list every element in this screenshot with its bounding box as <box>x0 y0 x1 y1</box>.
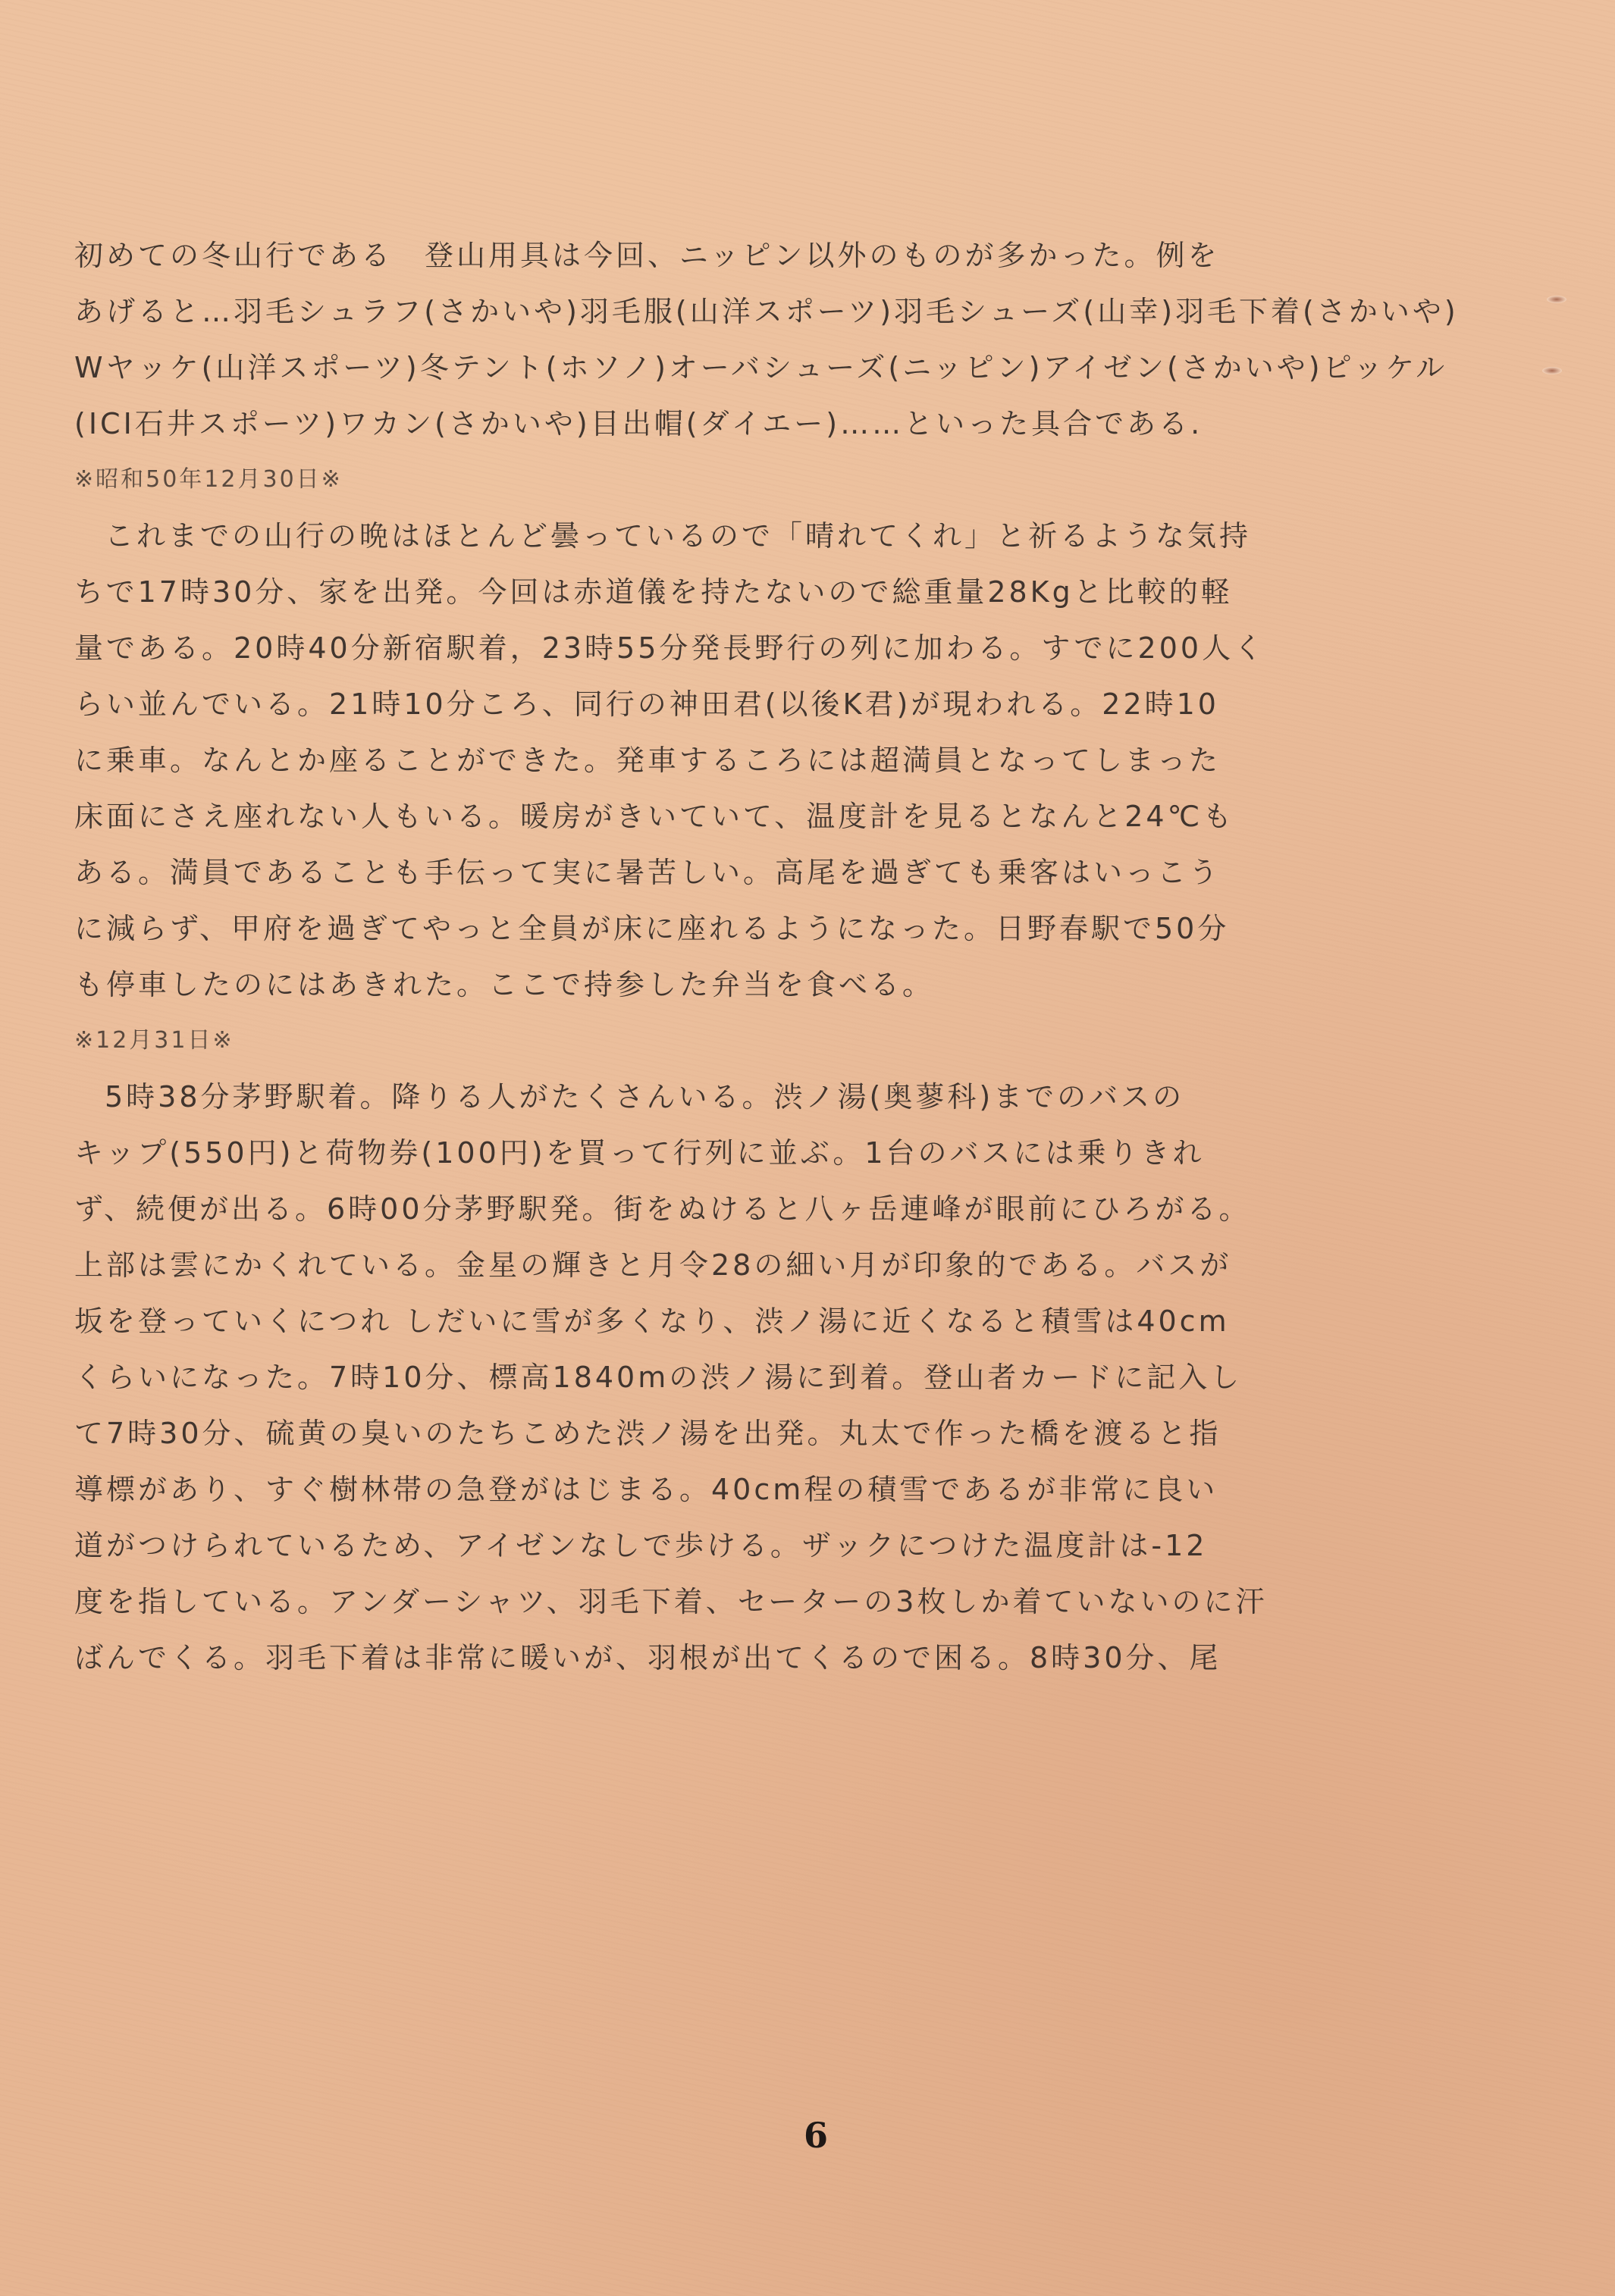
date-heading-dec-31: ※12月31日※ <box>74 1013 1378 1069</box>
text-line: キップ(550円)と荷物券(100円)を買って行列に並ぶ。1台のバスには乗りきれ <box>74 1125 1378 1181</box>
text-line: 初めての冬山行である 登山用具は今回、ニッピン以外のものが多かった。例を <box>74 227 1378 283</box>
text-line: 床面にさえ座れない人もいる。暖房がきいていて、温度計を見るとなんと24℃も <box>74 788 1378 844</box>
page-number: 6 <box>804 2115 828 2156</box>
text-line: これまでの山行の晩はほとんど曇っているので「晴れてくれ」と祈るような気持 <box>74 508 1378 564</box>
text-line: ばんでくる。羽毛下着は非常に暖いが、羽根が出てくるので困る。8時30分、尾 <box>74 1630 1378 1686</box>
binding-hole-mark <box>1547 296 1566 303</box>
document-page: 初めての冬山行である 登山用具は今回、ニッピン以外のものが多かった。例を あげる… <box>0 0 1615 2296</box>
text-line: らい並んでいる。21時10分ころ、同行の神田君(以後K君)が現われる。22時10 <box>74 676 1378 732</box>
text-line: ある。満員であることも手伝って実に暑苦しい。高尾を過ぎても乗客はいっこう <box>74 844 1378 901</box>
text-line: ず、続便が出る。6時00分茅野駅発。街をぬけると八ヶ岳連峰が眼前にひろがる。 <box>74 1181 1378 1237</box>
text-line: 量である。20時40分新宿駅着，23時55分発長野行の列に加わる。すでに200人… <box>74 620 1378 676</box>
text-line: (ICI石井スポーツ)ワカン(さかいや)目出帽(ダイエー)……といった具合である… <box>74 396 1378 452</box>
diary-text: 初めての冬山行である 登山用具は今回、ニッピン以外のものが多かった。例を あげる… <box>74 227 1378 1686</box>
text-line: あげると…羽毛シュラフ(さかいや)羽毛服(山洋スポーツ)羽毛シューズ(山幸)羽毛… <box>74 283 1378 340</box>
text-line: 道がつけられているため、アイゼンなしで歩ける。ザックにつけた温度計は-12 <box>74 1518 1378 1574</box>
text-line: て7時30分、硫黄の臭いのたちこめた渋ノ湯を出発。丸太で作った橋を渡ると指 <box>74 1405 1378 1461</box>
text-line: に乗車。なんとか座ることができた。発車するころには超満員となってしまった <box>74 732 1378 788</box>
text-line: 度を指している。アンダーシャツ、羽毛下着、セーターの3枚しか着ていないのに汗 <box>74 1574 1378 1630</box>
text-line: 上部は雲にかくれている。金星の輝きと月令28の細い月が印象的である。バスが <box>74 1237 1378 1293</box>
date-heading-dec-30: ※昭和50年12月30日※ <box>74 452 1378 508</box>
text-line: も停車したのにはあきれた。ここで持参した弁当を食べる。 <box>74 957 1378 1013</box>
text-line: 坂を登っていくにつれ しだいに雪が多くなり、渋ノ湯に近くなると積雪は40cm <box>74 1293 1378 1349</box>
text-line: 5時38分茅野駅着。降りる人がたくさんいる。渋ノ湯(奥蓼科)までのバスの <box>74 1069 1378 1125</box>
text-line: に減らず、甲府を過ぎてやっと全員が床に座れるようになった。日野春駅で50分 <box>74 901 1378 957</box>
text-line: くらいになった。7時10分、標高1840mの渋ノ湯に到着。登山者カードに記入し <box>74 1349 1378 1405</box>
text-line: ちで17時30分、家を出発。今回は赤道儀を持たないので総重量28Kgと比較的軽 <box>74 564 1378 620</box>
text-line: 導標があり、すぐ樹林帯の急登がはじまる。40cm程の積雪であるが非常に良い <box>74 1461 1378 1518</box>
text-line: Wヤッケ(山洋スポーツ)冬テント(ホソノ)オーバシューズ(ニッピン)アイゼン(さ… <box>74 340 1378 396</box>
binding-hole-mark <box>1542 367 1562 374</box>
